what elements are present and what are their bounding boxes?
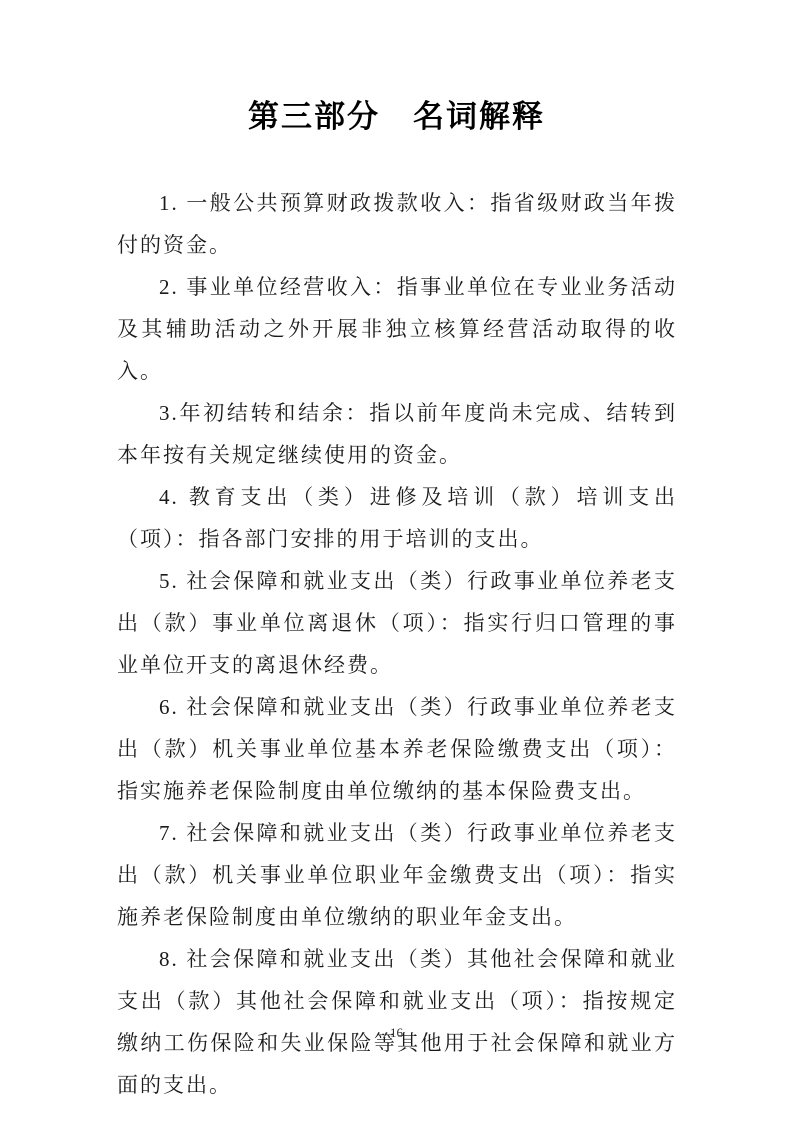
- document-page: 第三部分 名词解释 1. 一般公共预算财政拨款收入：指省级财政当年拨付的资金。 …: [0, 0, 793, 1122]
- definition-paragraph-7: 7. 社会保障和就业支出（类）行政事业单位养老支出（款）机关事业单位职业年金缴费…: [117, 812, 677, 938]
- definition-paragraph-5: 5. 社会保障和就业支出（类）行政事业单位养老支出（款）事业单位离退休（项）：指…: [117, 560, 677, 686]
- page-title: 第三部分 名词解释: [0, 95, 793, 139]
- page-number: 16: [0, 1024, 793, 1042]
- definition-paragraph-8: 8. 社会保障和就业支出（类）其他社会保障和就业支出（款）其他社会保障和就业支出…: [117, 938, 677, 1106]
- document-body: 1. 一般公共预算财政拨款收入：指省级财政当年拨付的资金。 2. 事业单位经营收…: [117, 182, 677, 1106]
- definition-paragraph-1: 1. 一般公共预算财政拨款收入：指省级财政当年拨付的资金。: [117, 182, 677, 266]
- definition-paragraph-2: 2. 事业单位经营收入：指事业单位在专业业务活动及其辅助活动之外开展非独立核算经…: [117, 266, 677, 392]
- definition-paragraph-3: 3.年初结转和结余：指以前年度尚未完成、结转到本年按有关规定继续使用的资金。: [117, 392, 677, 476]
- definition-paragraph-6: 6. 社会保障和就业支出（类）行政事业单位养老支出（款）机关事业单位基本养老保险…: [117, 686, 677, 812]
- definition-paragraph-4: 4. 教育支出（类）进修及培训（款）培训支出（项）：指各部门安排的用于培训的支出…: [117, 476, 677, 560]
